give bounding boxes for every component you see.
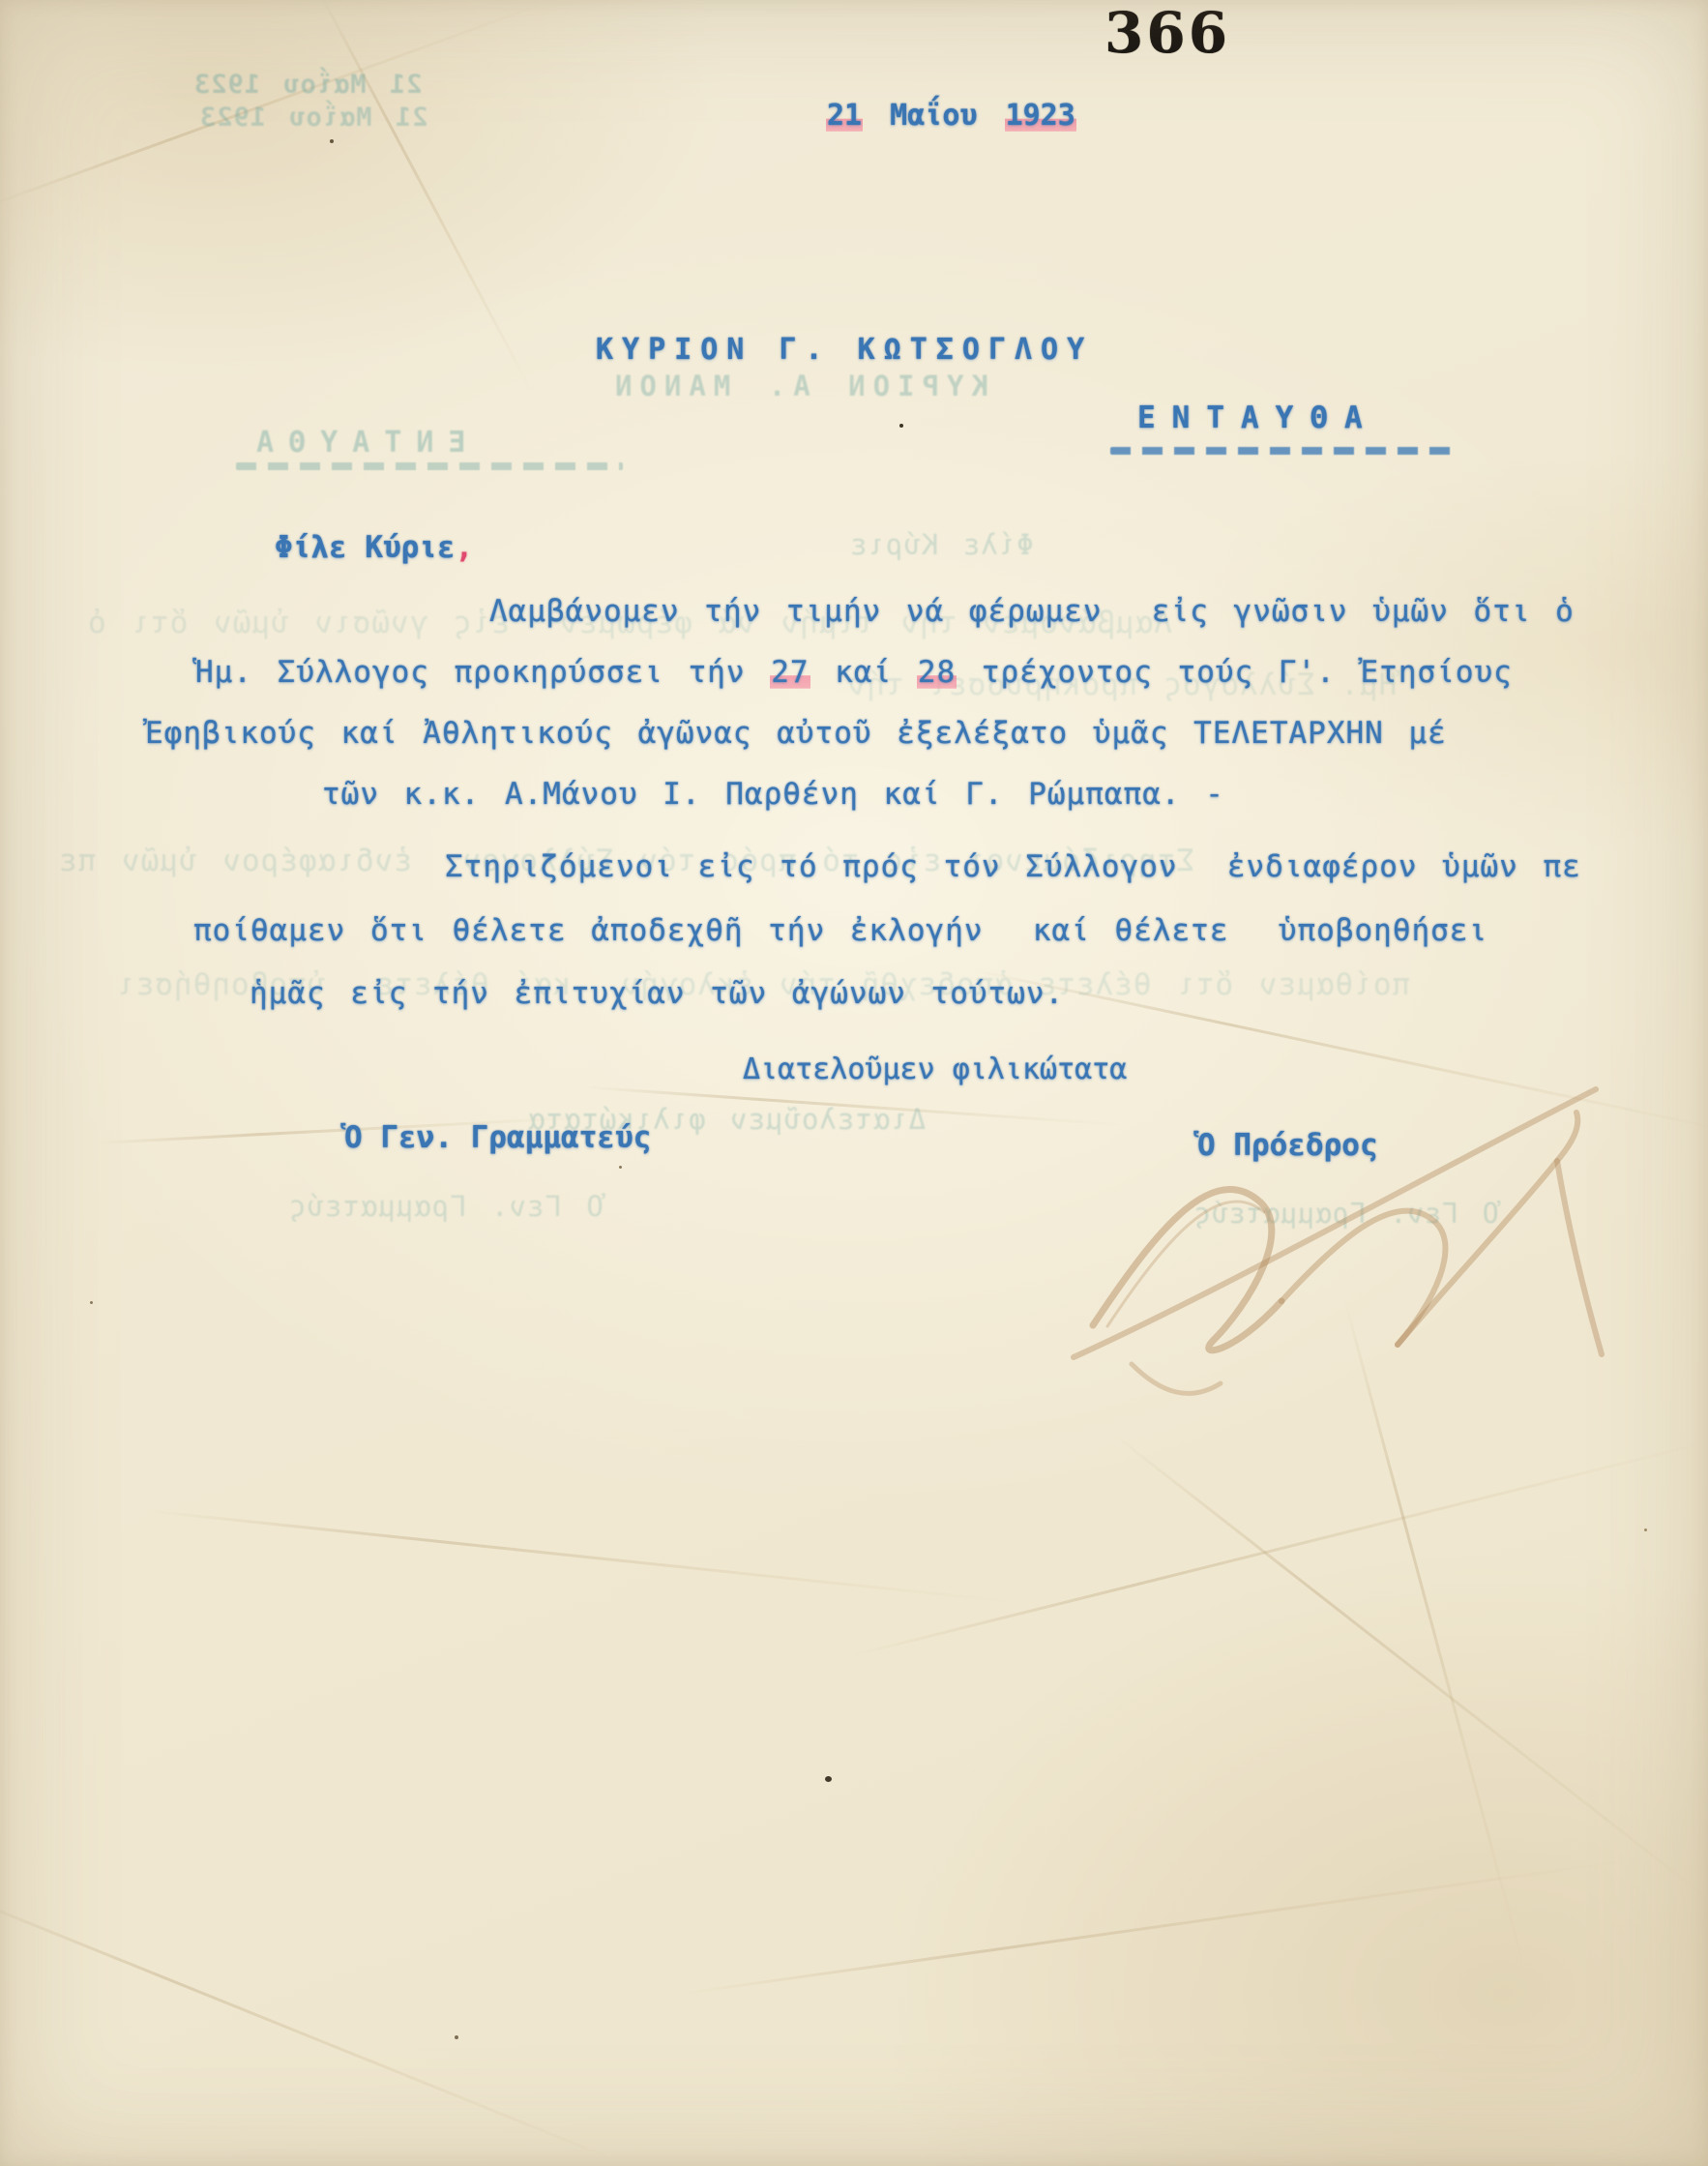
body-line: Ἡμ. Σύλλογος προκηρύσσει τήν 27 καί 28 τ…: [195, 655, 1513, 690]
body-text: καί: [810, 655, 917, 690]
ink-speck: [825, 1776, 832, 1782]
paper-crease: [851, 1439, 1708, 1656]
ink-speck: [90, 1301, 93, 1304]
date-year: 1923: [1005, 99, 1076, 133]
page-number: 366: [1104, 0, 1230, 66]
body-line: τῶν κ.κ. Α.Μάνου Ι. Παρθένη καί Γ. Ρώμπα…: [322, 777, 1224, 812]
salutation: Φίλε Κύριε,: [275, 530, 473, 565]
paper-crease: [677, 1858, 1635, 1996]
body-text: τρέχοντος τούς Γ'. Ἐτησίους: [957, 655, 1513, 690]
body-line: Λαμβάνομεν τήν τιμήν νά φέρωμεν εἰς γνῶσ…: [489, 594, 1575, 629]
salutation-text: Φίλε Κύριε: [275, 530, 456, 565]
paper-crease: [0, 1886, 624, 2164]
ghost-text-date: 21 Μαΐου 1923: [193, 70, 422, 100]
body-line: Στηριζόμενοι εἰς τό πρός τόν Σύλλογον ἐν…: [445, 849, 1581, 884]
ghost-text: Φίλε Κύριε: [849, 528, 1034, 561]
paper-crease: [1343, 1297, 1526, 1971]
date-28-highlight: 28: [917, 655, 957, 690]
signature-title-secretary: Ὁ Γεν. Γραμματεύς: [344, 1120, 651, 1155]
date-month: Μαΐου: [863, 99, 1004, 133]
ink-speck: [899, 424, 903, 428]
body-text: Ἡμ. Σύλλογος προκηρύσσει τήν: [195, 655, 770, 690]
closing-line: Διατελοῦμεν φιλικώτατα: [743, 1053, 1127, 1086]
ghost-text-recipient: ΚΥΡΙΟΝ Α. ΜΑΝΟΝ: [607, 370, 988, 402]
ink-speck: [455, 2035, 458, 2039]
recipient-name: ΚΥΡΙΟΝ Γ. ΚΩΤΣΟΓΛΟΥ: [596, 333, 1093, 367]
body-line: Ἐφηβικούς καί Ἀθλητικούς ἀγῶνας αὐτοῦ ἐξ…: [145, 716, 1447, 751]
ink-speck: [619, 1166, 622, 1169]
ghost-text: Ὁ Γεν. Γραμματεύς: [1193, 1198, 1499, 1230]
signature-title-president: Ὁ Πρόεδρος: [1197, 1128, 1378, 1163]
body-line: ποίθαμεν ὅτι θέλετε ἀποδεχθῆ τήν ἐκλογήν…: [193, 913, 1487, 948]
salutation-comma: ,: [456, 530, 474, 565]
body-line: ἡμᾶς εἰς τήν ἐπιτυχίαν τῶν ἀγώνων τούτων…: [250, 976, 1064, 1011]
ink-speck: [1644, 1528, 1647, 1531]
ghost-text-location: ΕΝΤΑΥΘΑ: [242, 426, 465, 460]
ink-speck: [330, 139, 334, 143]
paper-crease: [1111, 1432, 1708, 1911]
recipient-location: ΕΝΤΑΥΘΑ: [1137, 401, 1379, 435]
handwritten-signature: [1016, 1033, 1654, 1439]
date-line: 21 Μαΐου 1923: [826, 99, 1076, 133]
ghost-text: Ὁ Γεν. Γραμματεύς: [288, 1190, 604, 1223]
ghost-text-date: 21 Μαΐου 1923: [199, 103, 427, 133]
date-day: 21: [826, 99, 863, 133]
date-27-highlight: 27: [770, 655, 810, 690]
scanned-letter-page: { "page": { "number": "366" }, "letter":…: [0, 0, 1708, 2166]
ghost-dashed-underline: [236, 462, 623, 470]
paper-crease: [318, 0, 534, 394]
dashed-underline: [1110, 447, 1457, 455]
paper-crease: [145, 1509, 1011, 1603]
